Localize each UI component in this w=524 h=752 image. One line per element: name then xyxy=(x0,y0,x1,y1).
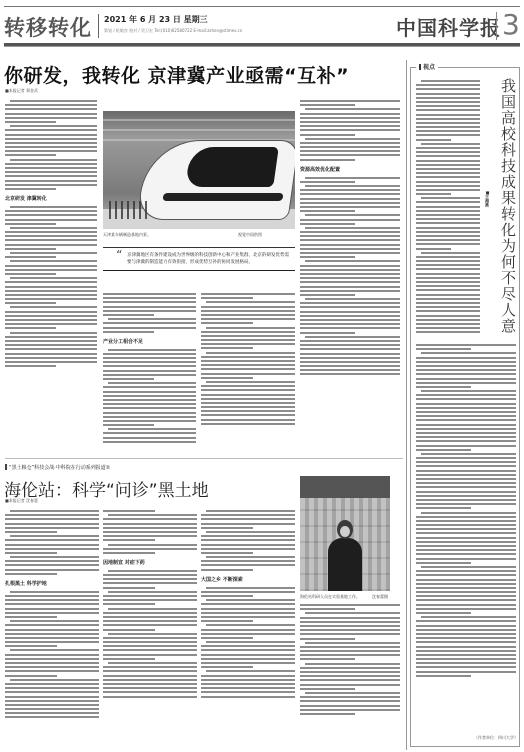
second-article-column-3: 大国之乡 不断探索 xyxy=(201,510,295,750)
masthead-divider xyxy=(98,14,99,38)
lead-subhead-1: 北京研发 津冀转化 xyxy=(5,195,97,202)
train-photo-caption: 天津某车辆制造基地内景。 xyxy=(103,232,151,238)
lead-article-column-3 xyxy=(201,293,295,445)
researcher-photo-caption: 海伦站科研人员在实验基地工作。 xyxy=(300,594,360,600)
pullquote-top-rule xyxy=(103,247,295,248)
masthead-top-rule xyxy=(4,6,520,7)
pull-quote-text: 京津冀地区有条件建设成为世界级的科技创新中心和产业集群，北京的研发优势需要与津冀… xyxy=(127,252,291,266)
lead-article-column-2: 产业分工相合不足 xyxy=(103,293,196,445)
opinion-marker-icon xyxy=(419,64,421,70)
pull-quote: “ 京津冀地区有条件建设成为世界级的科技创新中心和产业集群，北京的研发优势需要与… xyxy=(103,250,295,271)
lead-subhead-3: 资源高效优化配置 xyxy=(300,166,400,173)
article-separator xyxy=(5,458,403,459)
lead-subhead-2: 产业分工相合不足 xyxy=(103,338,196,345)
opinion-tag-text: 视点 xyxy=(423,64,435,71)
second-byline: ■本报记者 沈春蕾 xyxy=(5,498,38,504)
section-name: 转移转化 xyxy=(4,12,92,42)
editor-credits: 策划 / 机敏彦 校对 / 贺卫宏 Tel:(010)62580722 E-ma… xyxy=(104,28,242,34)
opinion-text-lower xyxy=(416,344,516,732)
column-divider xyxy=(406,60,407,750)
series-label: “黑土粮仓”科技会战·中科院在行动系列报道② xyxy=(5,464,110,471)
second-subhead-1: 扎根黑土 科学护地 xyxy=(5,580,99,587)
opinion-source: （作者单位：四川大学） xyxy=(474,735,518,741)
logo-divider xyxy=(496,12,497,40)
second-article-column-1: 扎根黑土 科学护地 xyxy=(5,510,99,750)
newspaper-logo: 中国科学报 xyxy=(396,12,501,41)
series-marker-icon xyxy=(5,464,7,470)
masthead: 转移转化 2021 年 6 月 23 日 星期三 策划 / 机敏彦 校对 / 贺… xyxy=(4,4,520,44)
quote-mark-icon: “ xyxy=(116,248,122,262)
issue-date: 2021 年 6 月 23 日 星期三 xyxy=(104,14,208,25)
page-number: 3 xyxy=(502,8,520,41)
opinion-author: ■王海燕 xyxy=(484,190,490,207)
train-photo xyxy=(103,111,295,229)
train-photo-credit: 视觉中国供图 xyxy=(238,232,262,238)
masthead-bottom-rule xyxy=(4,43,520,47)
lead-headline: 你研发，我转化 京津冀产业亟需“互补” xyxy=(4,61,349,88)
opinion-title: 我国高校科技成果转化为何不尽人意 xyxy=(500,78,516,334)
lead-byline: ■本报记者 郑金武 xyxy=(5,88,38,94)
lead-article-column-1: 北京研发 津冀转化 xyxy=(5,100,97,445)
opinion-tag: 视点 xyxy=(416,62,438,71)
series-label-text: “黑土粮仓”科技会战·中科院在行动系列报道② xyxy=(9,465,110,471)
researcher-photo xyxy=(300,476,390,591)
lead-article-column-4: 资源高效优化配置 xyxy=(300,100,400,445)
second-subhead-3: 大国之乡 不断探索 xyxy=(201,576,295,583)
researcher-photo-credit: 沈春蕾摄 xyxy=(372,594,388,600)
second-subhead-2: 因地制宜 对症下药 xyxy=(103,559,197,566)
opinion-text-upper xyxy=(416,80,480,342)
second-article-column-2: 因地制宜 对症下药 xyxy=(103,510,197,750)
second-article-column-4 xyxy=(300,604,400,750)
